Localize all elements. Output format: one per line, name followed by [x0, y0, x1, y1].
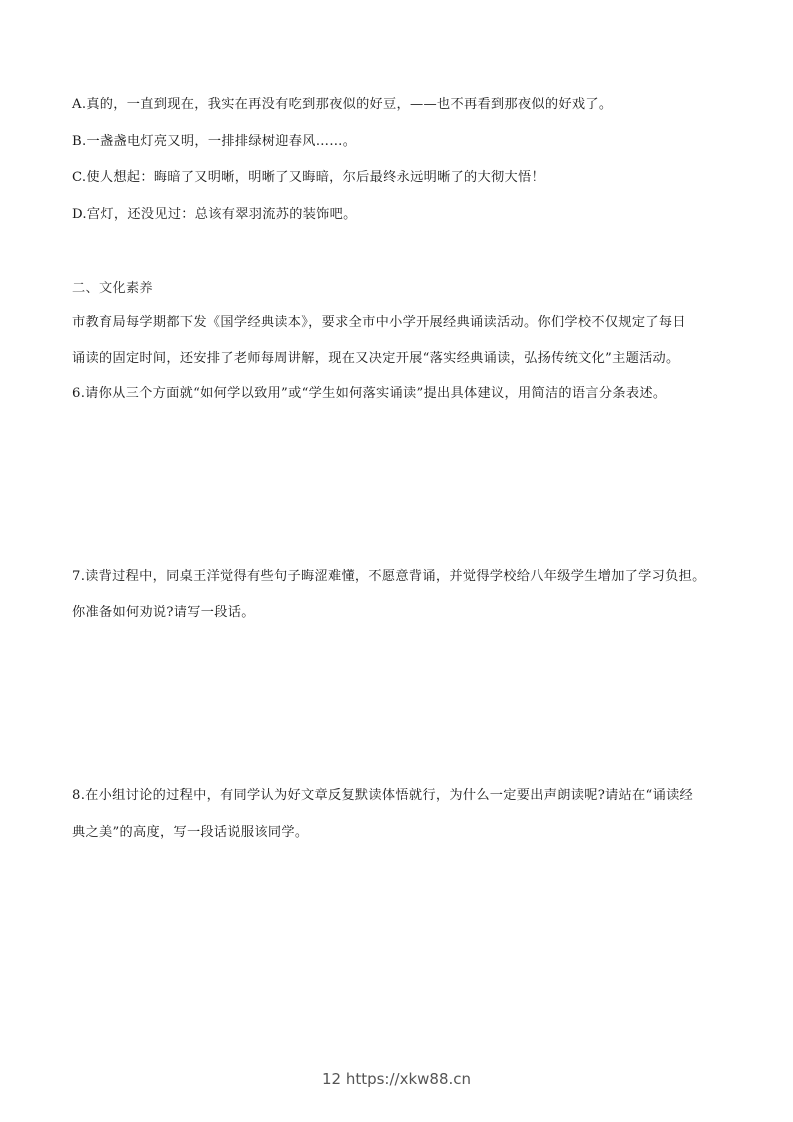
option-a: A.真的，一直到现在，我实在再没有吃到那夜似的好豆，——也不再看到那夜似的好戏了…: [72, 97, 612, 113]
question-8-line-1: 8.在小组讨论的过程中，有同学认为好文章反复默读体悟就行，为什么一定要出声朗读呢…: [72, 788, 693, 804]
question-7-line-1: 7.读背过程中，同桌王洋觉得有些句子晦涩难懂，不愿意背诵，并觉得学校给八年级学生…: [72, 569, 706, 585]
question-8-line-2: 典之美”的高度，写一段话说服该同学。: [72, 825, 308, 841]
page-footer: 12 https://xkw88.cn: [0, 1070, 793, 1088]
section-intro-line-2: 诵读的固定时间，还安排了老师每周讲解，现在又决定开展“落实经典诵读，弘扬传统文化…: [72, 351, 680, 367]
option-b: B.一盏盏电灯亮又明，一排排绿树迎春风……。: [72, 134, 356, 150]
option-c: C.使人想起：晦暗了又明晰，明晰了又晦暗，尔后最终永远明晰了的大彻大悟！: [72, 170, 545, 186]
section-heading: 二、文化素养: [72, 281, 153, 297]
section-intro-line-1: 市教育局每学期都下发《国学经典读本》，要求全市中小学开展经典诵读活动。你们学校不…: [72, 315, 686, 331]
option-d: D.宫灯，还没见过：总该有翠羽流苏的装饰吧。: [72, 207, 357, 223]
question-7-line-2: 你准备如何劝说?请写一段话。: [72, 605, 255, 621]
question-6: 6.请你从三个方面就“如何学以致用”或“学生如何落实诵读”提出具体建议，用简洁的…: [72, 386, 666, 402]
